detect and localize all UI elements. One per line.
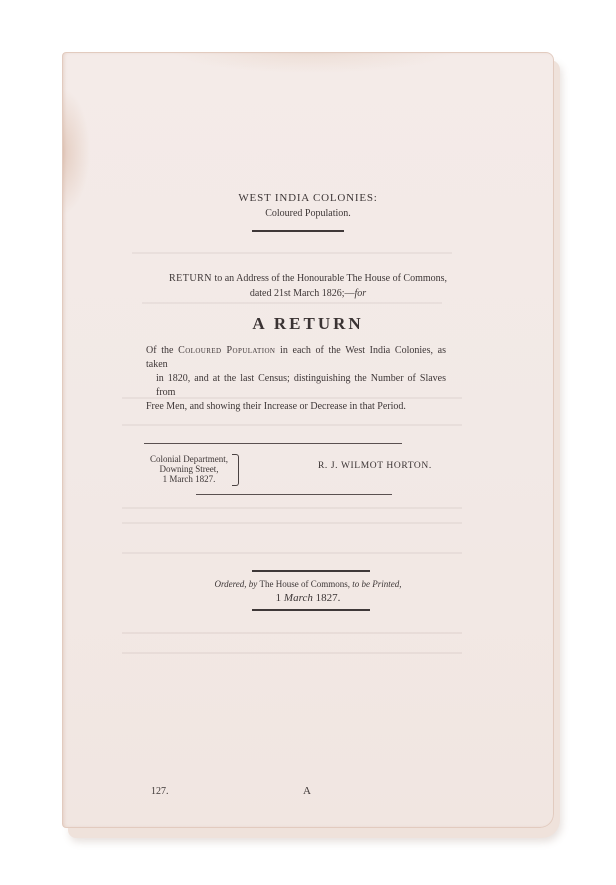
order-by: by (247, 579, 260, 589)
show-through-line (132, 252, 452, 254)
address-line-2: dated 21st March 1826;—for (62, 288, 554, 299)
show-through-line (122, 632, 462, 634)
show-through-line (122, 507, 462, 509)
show-through-line (122, 522, 462, 524)
description-paragraph: Of the Coloured Population in each of th… (146, 344, 446, 414)
signatory: R. J. WILMOT HORTON. (318, 461, 432, 471)
ordered-word: Ordered, (214, 579, 246, 589)
main-title: A RETURN (62, 314, 554, 334)
origin-block: Colonial Department, Downing Street, 1 M… (144, 454, 234, 484)
description-line-2: in 1820, and at the last Census; disting… (146, 372, 446, 400)
address-date: dated 21st March 1826;— (250, 288, 355, 299)
document-title: WEST INDIA COLONIES: (62, 192, 554, 204)
description-lead: Of the (146, 345, 178, 356)
order-printed: to be Printed, (350, 579, 402, 589)
description-line-1: Of the Coloured Population in each of th… (146, 344, 446, 372)
origin-line-1: Colonial Department, (144, 454, 234, 464)
address-text: to an Address of the Honourable The Hous… (212, 273, 447, 284)
show-through-line (122, 552, 462, 554)
separator-rule (144, 443, 402, 444)
page-number: 127. (151, 786, 169, 797)
separator-rule (196, 494, 392, 495)
address-for: for (355, 288, 367, 299)
brace (232, 454, 239, 486)
order-bottom-rule (252, 609, 370, 611)
return-word: RETURN (169, 273, 212, 284)
origin-line-3: 1 March 1827. (144, 474, 234, 484)
order-date-day: 1 (276, 592, 284, 604)
coloured-population-smallcaps: Coloured Population (178, 345, 275, 356)
order-date-year: 1827. (313, 592, 341, 604)
show-through-line (142, 302, 442, 304)
order-house: The House of Commons, (260, 579, 351, 589)
show-through-line (122, 424, 462, 426)
order-top-rule (252, 570, 370, 572)
signature-mark: A (303, 785, 311, 797)
order-date-month: March (284, 592, 313, 604)
show-through-line (122, 652, 462, 654)
address-line-1: RETURN to an Address of the Honourable T… (62, 273, 554, 284)
document-page: WEST INDIA COLONIES: Coloured Population… (62, 52, 554, 828)
order-line: Ordered, by The House of Commons, to be … (62, 579, 554, 589)
title-rule (252, 230, 344, 232)
order-date: 1 March 1827. (62, 592, 554, 604)
description-line-3: Free Men, and showing their Increase or … (146, 400, 446, 414)
origin-line-2: Downing Street, (144, 464, 234, 474)
document-subtitle: Coloured Population. (62, 208, 554, 219)
